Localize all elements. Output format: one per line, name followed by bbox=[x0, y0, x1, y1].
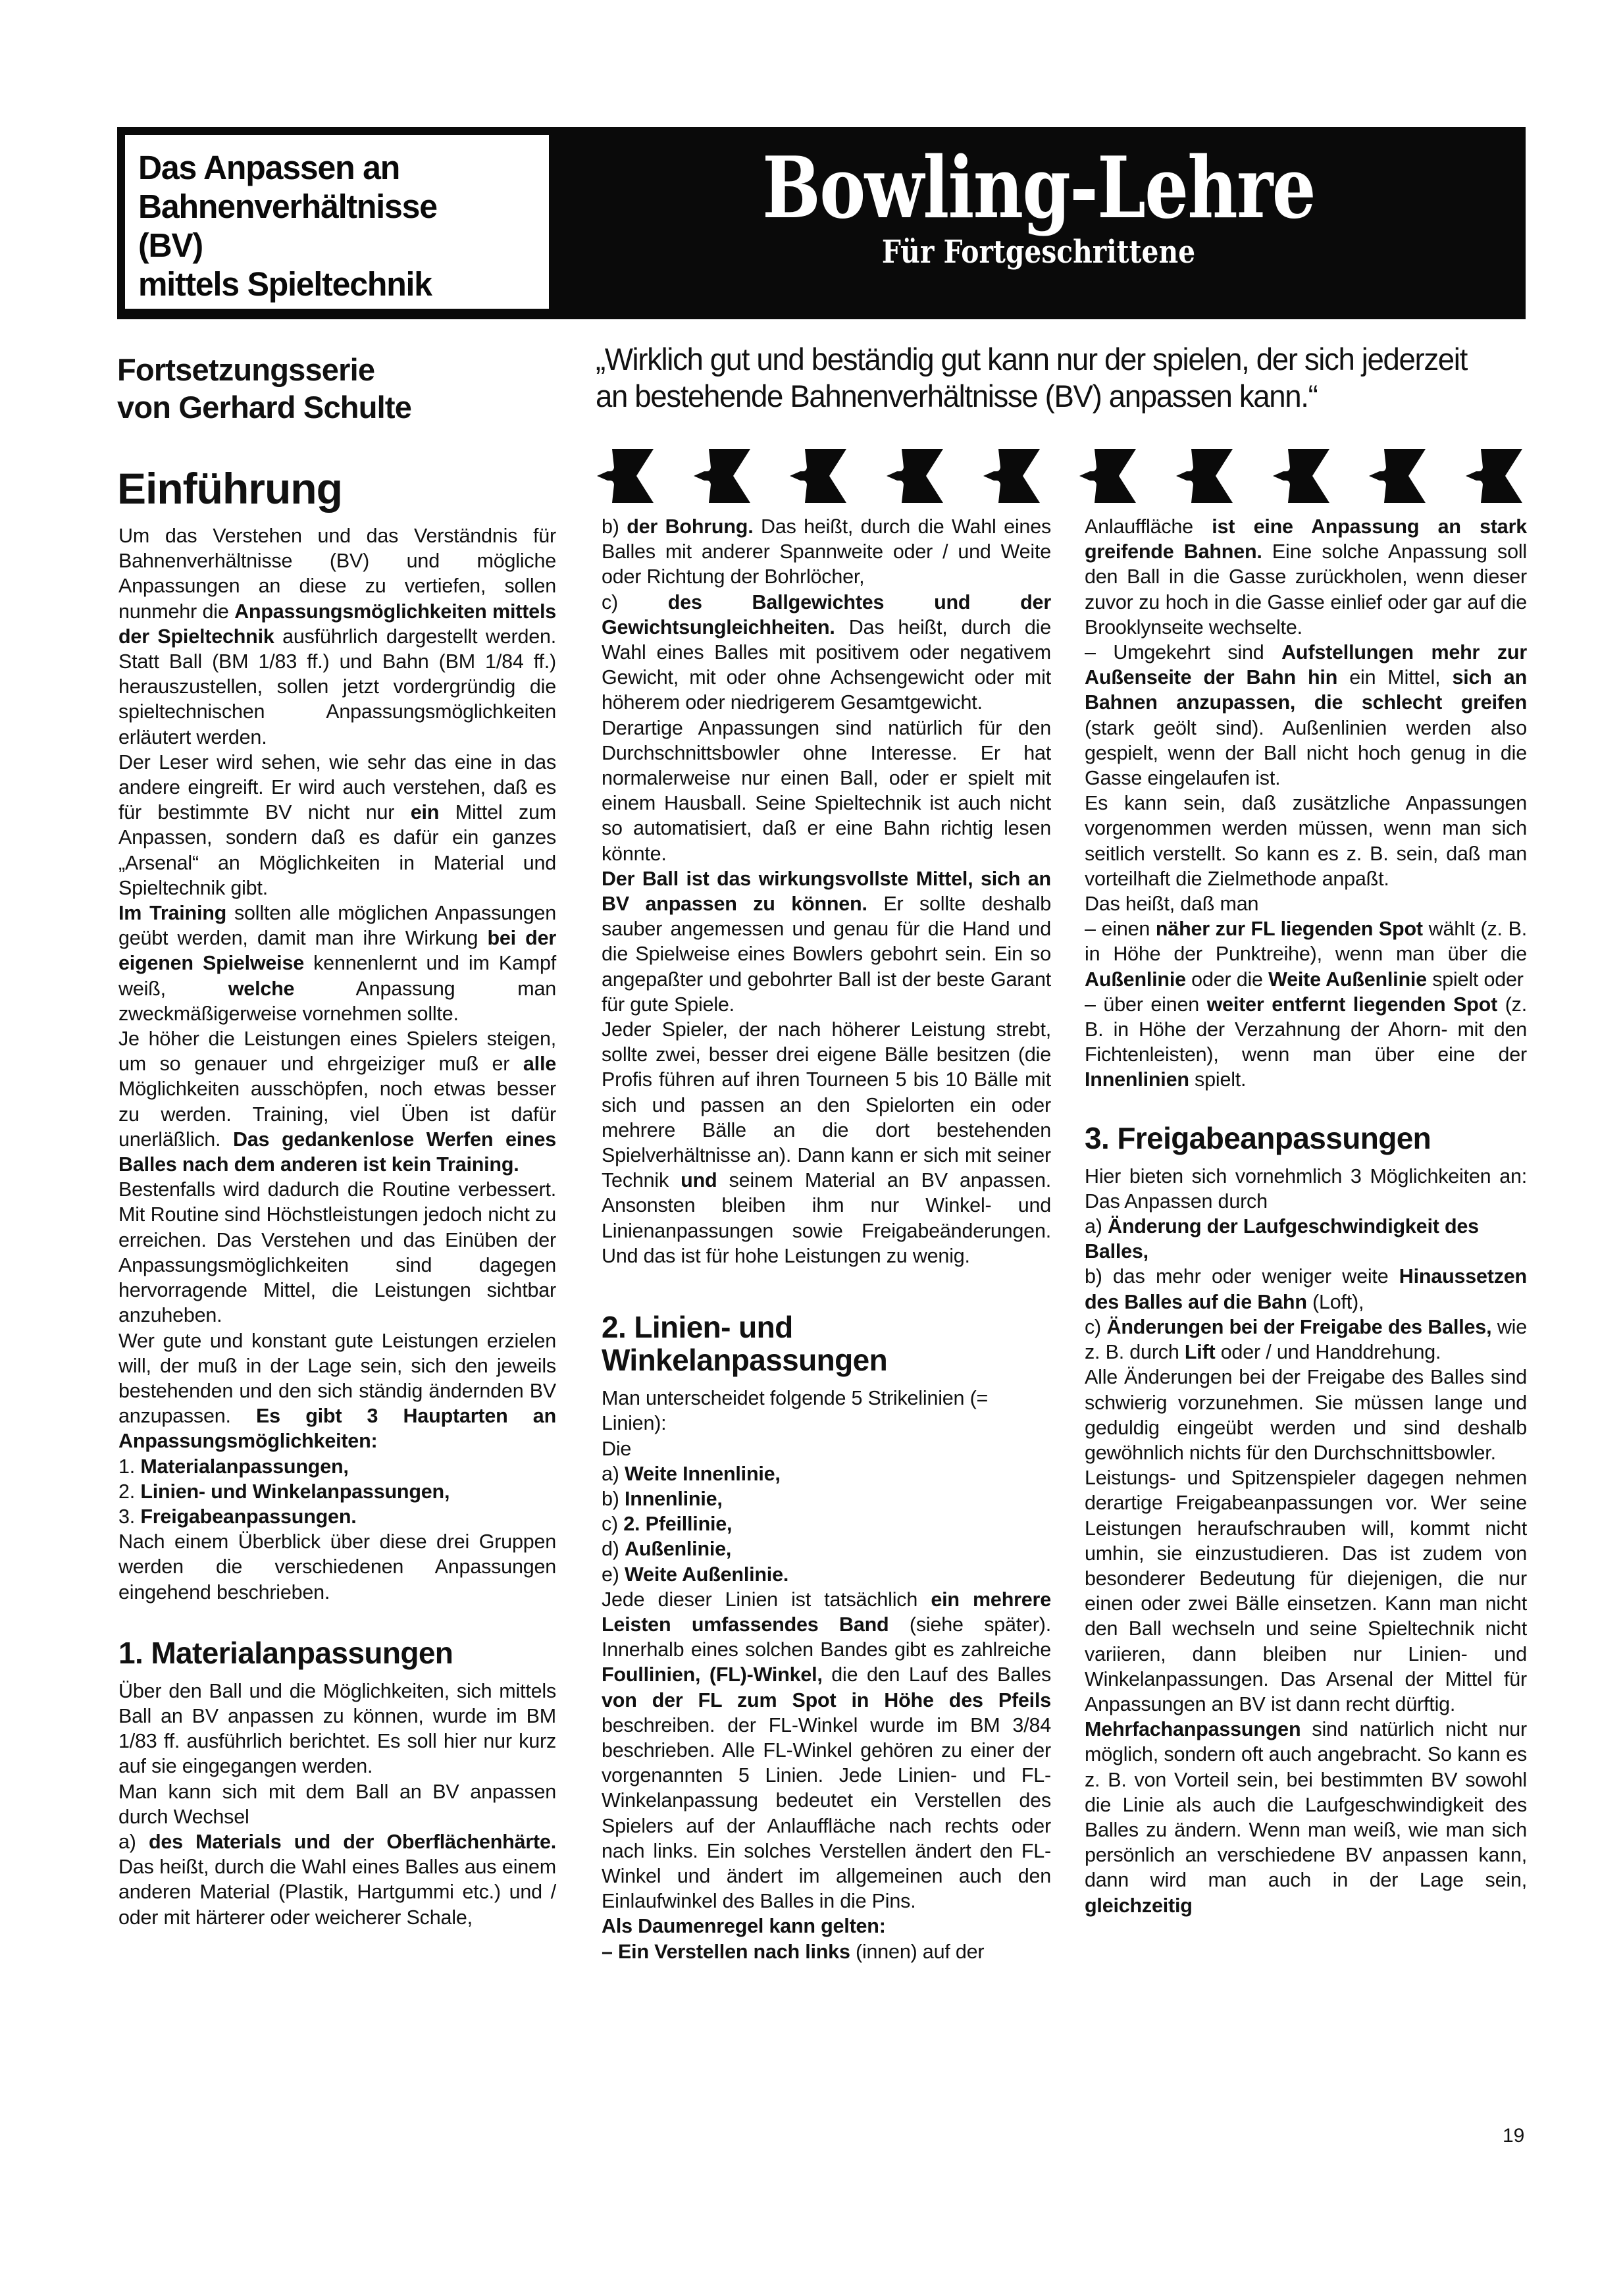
list-letter: c) bbox=[602, 1513, 618, 1535]
paragraph: a) Änderung der Laufgeschwindigkeit des … bbox=[1085, 1214, 1527, 1264]
paragraph: Es kann sein, daß zusätzliche Anpassunge… bbox=[1085, 791, 1527, 891]
lane-arrow-left-icon bbox=[885, 446, 951, 506]
paragraph: Im Training sollten alle möglichen Anpas… bbox=[118, 900, 556, 1026]
emphasis-text: Lift bbox=[1185, 1341, 1216, 1363]
lane-arrow-left-icon bbox=[1175, 446, 1241, 506]
paragraph: – Umgekehrt sind Aufstellungen mehr zur … bbox=[1085, 640, 1527, 791]
paragraph: Der Ball ist das wirkungsvollste Mittel,… bbox=[602, 866, 1051, 1017]
paragraph: Man kann sich mit dem Ball an BV anpasse… bbox=[118, 1779, 556, 1829]
list-label: Materialanpassungen, bbox=[140, 1455, 348, 1478]
paragraph: Als Daumenregel kann gelten: bbox=[602, 1914, 1051, 1939]
brand-subtitle: Für Fortgeschrittene bbox=[625, 234, 1453, 271]
main-types-list: 1. Materialanpassungen, 2. Linien- und W… bbox=[118, 1454, 556, 1530]
paragraph: Nach einem Überblick über diese drei Gru… bbox=[118, 1529, 556, 1605]
pull-quote: „Wirklich gut und beständig gut kann nur… bbox=[596, 341, 1502, 415]
column-left: Um das Verstehen und das Verständnis für… bbox=[118, 523, 556, 1930]
section-heading-release: 3. Freigabeanpassungen bbox=[1085, 1122, 1527, 1155]
paragraph: Jede dieser Linien ist tatsächlich ein m… bbox=[602, 1587, 1051, 1914]
list-label: Außenlinie, bbox=[625, 1538, 731, 1560]
paragraph: b) das mehr oder weniger weite Hinausset… bbox=[1085, 1264, 1527, 1314]
paragraph: Man unterscheidet folgende 5 Strikelinie… bbox=[602, 1386, 1051, 1436]
emphasis-text: Anpassungsmöglichkeiten mittels der Spie… bbox=[118, 600, 556, 648]
emphasis-text: Außenlinie bbox=[1085, 968, 1186, 991]
emphasis-text: Mehrfachanpassungen bbox=[1085, 1718, 1301, 1740]
quote-line: an bestehende Bahnenverhältnisse (BV) an… bbox=[596, 378, 1502, 415]
list-letter: d) bbox=[602, 1538, 619, 1560]
list-label: Weite Innenlinie, bbox=[625, 1463, 781, 1485]
paragraph: Alle Änderungen bei der Freigabe des Bal… bbox=[1085, 1365, 1527, 1465]
emphasis-text: Änderungen bei der Freigabe des Balles, bbox=[1107, 1316, 1492, 1338]
emphasis-text: Innenlinien bbox=[1085, 1068, 1189, 1091]
paragraph: Jeder Spieler, der nach höherer Leistung… bbox=[602, 1017, 1051, 1268]
column-middle: b) der Bohrung. Das heißt, durch die Wah… bbox=[602, 514, 1051, 1964]
section-heading-intro: Einführung bbox=[117, 462, 342, 515]
series-label: Fortsetzungsserie bbox=[117, 351, 411, 388]
author-line: von Gerhard Schulte bbox=[117, 388, 411, 426]
emphasis-text: Es gibt 3 Hauptarten an Anpassungsmöglic… bbox=[118, 1405, 556, 1452]
emphasis-text: bei der eigenen Spielweise bbox=[118, 927, 556, 974]
list-label: Innenlinie, bbox=[625, 1488, 723, 1510]
list-item: e) Weite Außenlinie. bbox=[602, 1562, 1051, 1587]
list-item: a) Weite Innenlinie, bbox=[602, 1461, 1051, 1486]
lane-arrow-left-icon bbox=[692, 446, 758, 506]
paragraph: Anlauffläche ist eine Anpassung an stark… bbox=[1085, 514, 1527, 640]
topic-line: mittels Spieltechnik bbox=[138, 265, 541, 303]
emphasis-text: Als Daumenregel kann gelten: bbox=[602, 1915, 886, 1937]
emphasis-text: Das gedankenlose Werfen eines Balles nac… bbox=[118, 1128, 556, 1176]
lane-arrow-left-icon bbox=[1464, 446, 1530, 506]
article-header-banner: Das Anpassen an Bahnenverhältnisse (BV) … bbox=[117, 127, 1526, 319]
brand-title: Bowling-Lehre bbox=[762, 145, 1315, 231]
emphasis-text: näher zur FL liegenden Spot bbox=[1156, 918, 1423, 940]
emphasis-text: ein bbox=[411, 801, 439, 823]
emphasis-text: des Ballgewichtes und der Gewichtsunglei… bbox=[602, 591, 1051, 639]
paragraph: Leistungs- und Spitzenspieler dagegen ne… bbox=[1085, 1465, 1527, 1717]
list-number: 3. bbox=[118, 1505, 135, 1528]
emphasis-text: ist eine Anpassung an stark greifende Ba… bbox=[1085, 515, 1527, 563]
lane-arrow-left-icon bbox=[982, 446, 1048, 506]
emphasis-text: Im Training bbox=[118, 902, 226, 924]
lane-arrow-left-icon bbox=[1272, 446, 1337, 506]
list-letter: e) bbox=[602, 1563, 619, 1586]
column-right: Anlauffläche ist eine Anpassung an stark… bbox=[1085, 514, 1527, 1918]
emphasis-text: Foullinien, (FL)-Winkel, bbox=[602, 1663, 823, 1686]
topic-line: Bahnenverhältnisse bbox=[138, 187, 541, 226]
paragraph: b) der Bohrung. Das heißt, durch die Wah… bbox=[602, 514, 1051, 590]
section-heading-material: 1. Materialanpassungen bbox=[118, 1636, 556, 1669]
paragraph: Um das Verstehen und das Verständnis für… bbox=[118, 523, 556, 750]
paragraph: Wer gute und konstant gute Leistungen er… bbox=[118, 1328, 556, 1454]
paragraph: – Ein Verstellen nach links (innen) auf … bbox=[602, 1939, 1051, 1964]
lane-arrows-row bbox=[596, 438, 1530, 513]
topic-line: (BV) bbox=[138, 226, 541, 265]
paragraph: Die bbox=[602, 1436, 1051, 1461]
paragraph: Derartige Anpassungen sind natürlich für… bbox=[602, 716, 1051, 866]
emphasis-text: Hinaussetzen des Balles auf die Bahn bbox=[1085, 1265, 1527, 1313]
list-item: b) Innenlinie, bbox=[602, 1486, 1051, 1511]
list-number: 2. bbox=[118, 1480, 135, 1503]
lane-arrow-left-icon bbox=[596, 446, 661, 506]
emphasis-text: Der Ball ist das wirkungsvollste Mittel,… bbox=[602, 868, 1051, 915]
emphasis-text: und bbox=[681, 1169, 717, 1191]
paragraph: a) des Materials und der Oberflächenhärt… bbox=[118, 1829, 556, 1930]
paragraph: Hier bieten sich vornehmlich 3 Möglichke… bbox=[1085, 1164, 1527, 1214]
emphasis-text: der Bohrung. bbox=[627, 515, 753, 538]
emphasis-text: welche bbox=[228, 978, 295, 1000]
paragraph: Über den Ball und die Möglichkeiten, sic… bbox=[118, 1679, 556, 1779]
list-item: d) Außenlinie, bbox=[602, 1536, 1051, 1561]
brand-panel: Bowling-Lehre Für Fortgeschrittene bbox=[552, 127, 1526, 319]
list-item: 3. Freigabeanpassungen. bbox=[118, 1504, 556, 1529]
series-byline: Fortsetzungsserie von Gerhard Schulte bbox=[117, 351, 411, 426]
paragraph: Das heißt, daß man bbox=[1085, 891, 1527, 916]
emphasis-text: alle bbox=[523, 1053, 556, 1075]
emphasis-text: Weite Außenlinie bbox=[1268, 968, 1427, 991]
paragraph: Mehrfachanpassungen sind natürlich nicht… bbox=[1085, 1717, 1527, 1918]
list-label: Weite Außenlinie. bbox=[625, 1563, 788, 1586]
lane-arrow-left-icon bbox=[1078, 446, 1144, 506]
topic-line: Das Anpassen an bbox=[138, 148, 541, 187]
emphasis-text: – Ein Verstellen nach links bbox=[602, 1941, 850, 1963]
list-letter: a) bbox=[602, 1463, 619, 1485]
list-letter: b) bbox=[602, 1488, 619, 1510]
list-label: Linien- und Winkelanpassungen, bbox=[140, 1480, 450, 1503]
list-item: 2. Linien- und Winkelanpassungen, bbox=[118, 1479, 556, 1504]
list-item: 1. Materialanpassungen, bbox=[118, 1454, 556, 1479]
page-number: 19 bbox=[1503, 2125, 1524, 2147]
emphasis-text: weiter entfernt liegenden Spot bbox=[1207, 993, 1497, 1016]
paragraph: – einen näher zur FL liegenden Spot wähl… bbox=[1085, 916, 1527, 992]
paragraph: c) des Ballgewichtes und der Gewichtsung… bbox=[602, 590, 1051, 716]
paragraph: Bestenfalls wird dadurch die Routine ver… bbox=[118, 1177, 556, 1328]
quote-line: „Wirklich gut und beständig gut kann nur… bbox=[596, 341, 1502, 378]
paragraph: c) Änderungen bei der Freigabe des Balle… bbox=[1085, 1315, 1527, 1365]
section-heading-lines: 2. Linien- und Winkelanpassungen bbox=[602, 1311, 1051, 1376]
strike-lines-list: a) Weite Innenlinie, b) Innenlinie, c) 2… bbox=[602, 1461, 1051, 1587]
emphasis-text: gleichzeitig bbox=[1085, 1894, 1193, 1917]
emphasis-text: des Materials und der Oberflächenhärte. bbox=[149, 1831, 556, 1853]
paragraph: – über einen weiter entfernt liegenden S… bbox=[1085, 992, 1527, 1093]
emphasis-text: ein mehrere Leisten umfassendes Band bbox=[602, 1588, 1051, 1636]
lane-arrow-left-icon bbox=[788, 446, 854, 506]
list-item: c) 2. Pfeillinie, bbox=[602, 1511, 1051, 1536]
paragraph: Je höher die Leistungen eines Spielers s… bbox=[118, 1026, 556, 1177]
topic-box: Das Anpassen an Bahnenverhältnisse (BV) … bbox=[122, 132, 552, 311]
list-number: 1. bbox=[118, 1455, 135, 1478]
paragraph: Der Leser wird sehen, wie sehr das eine … bbox=[118, 750, 556, 900]
list-label: Freigabeanpassungen. bbox=[140, 1505, 356, 1528]
emphasis-text: Änderung der Laufgeschwindigkeit des Bal… bbox=[1085, 1215, 1479, 1263]
lane-arrow-left-icon bbox=[1368, 446, 1433, 506]
list-label: 2. Pfeillinie, bbox=[623, 1513, 732, 1535]
emphasis-text: von der FL zum Spot in Höhe des Pfeils bbox=[602, 1689, 1051, 1711]
